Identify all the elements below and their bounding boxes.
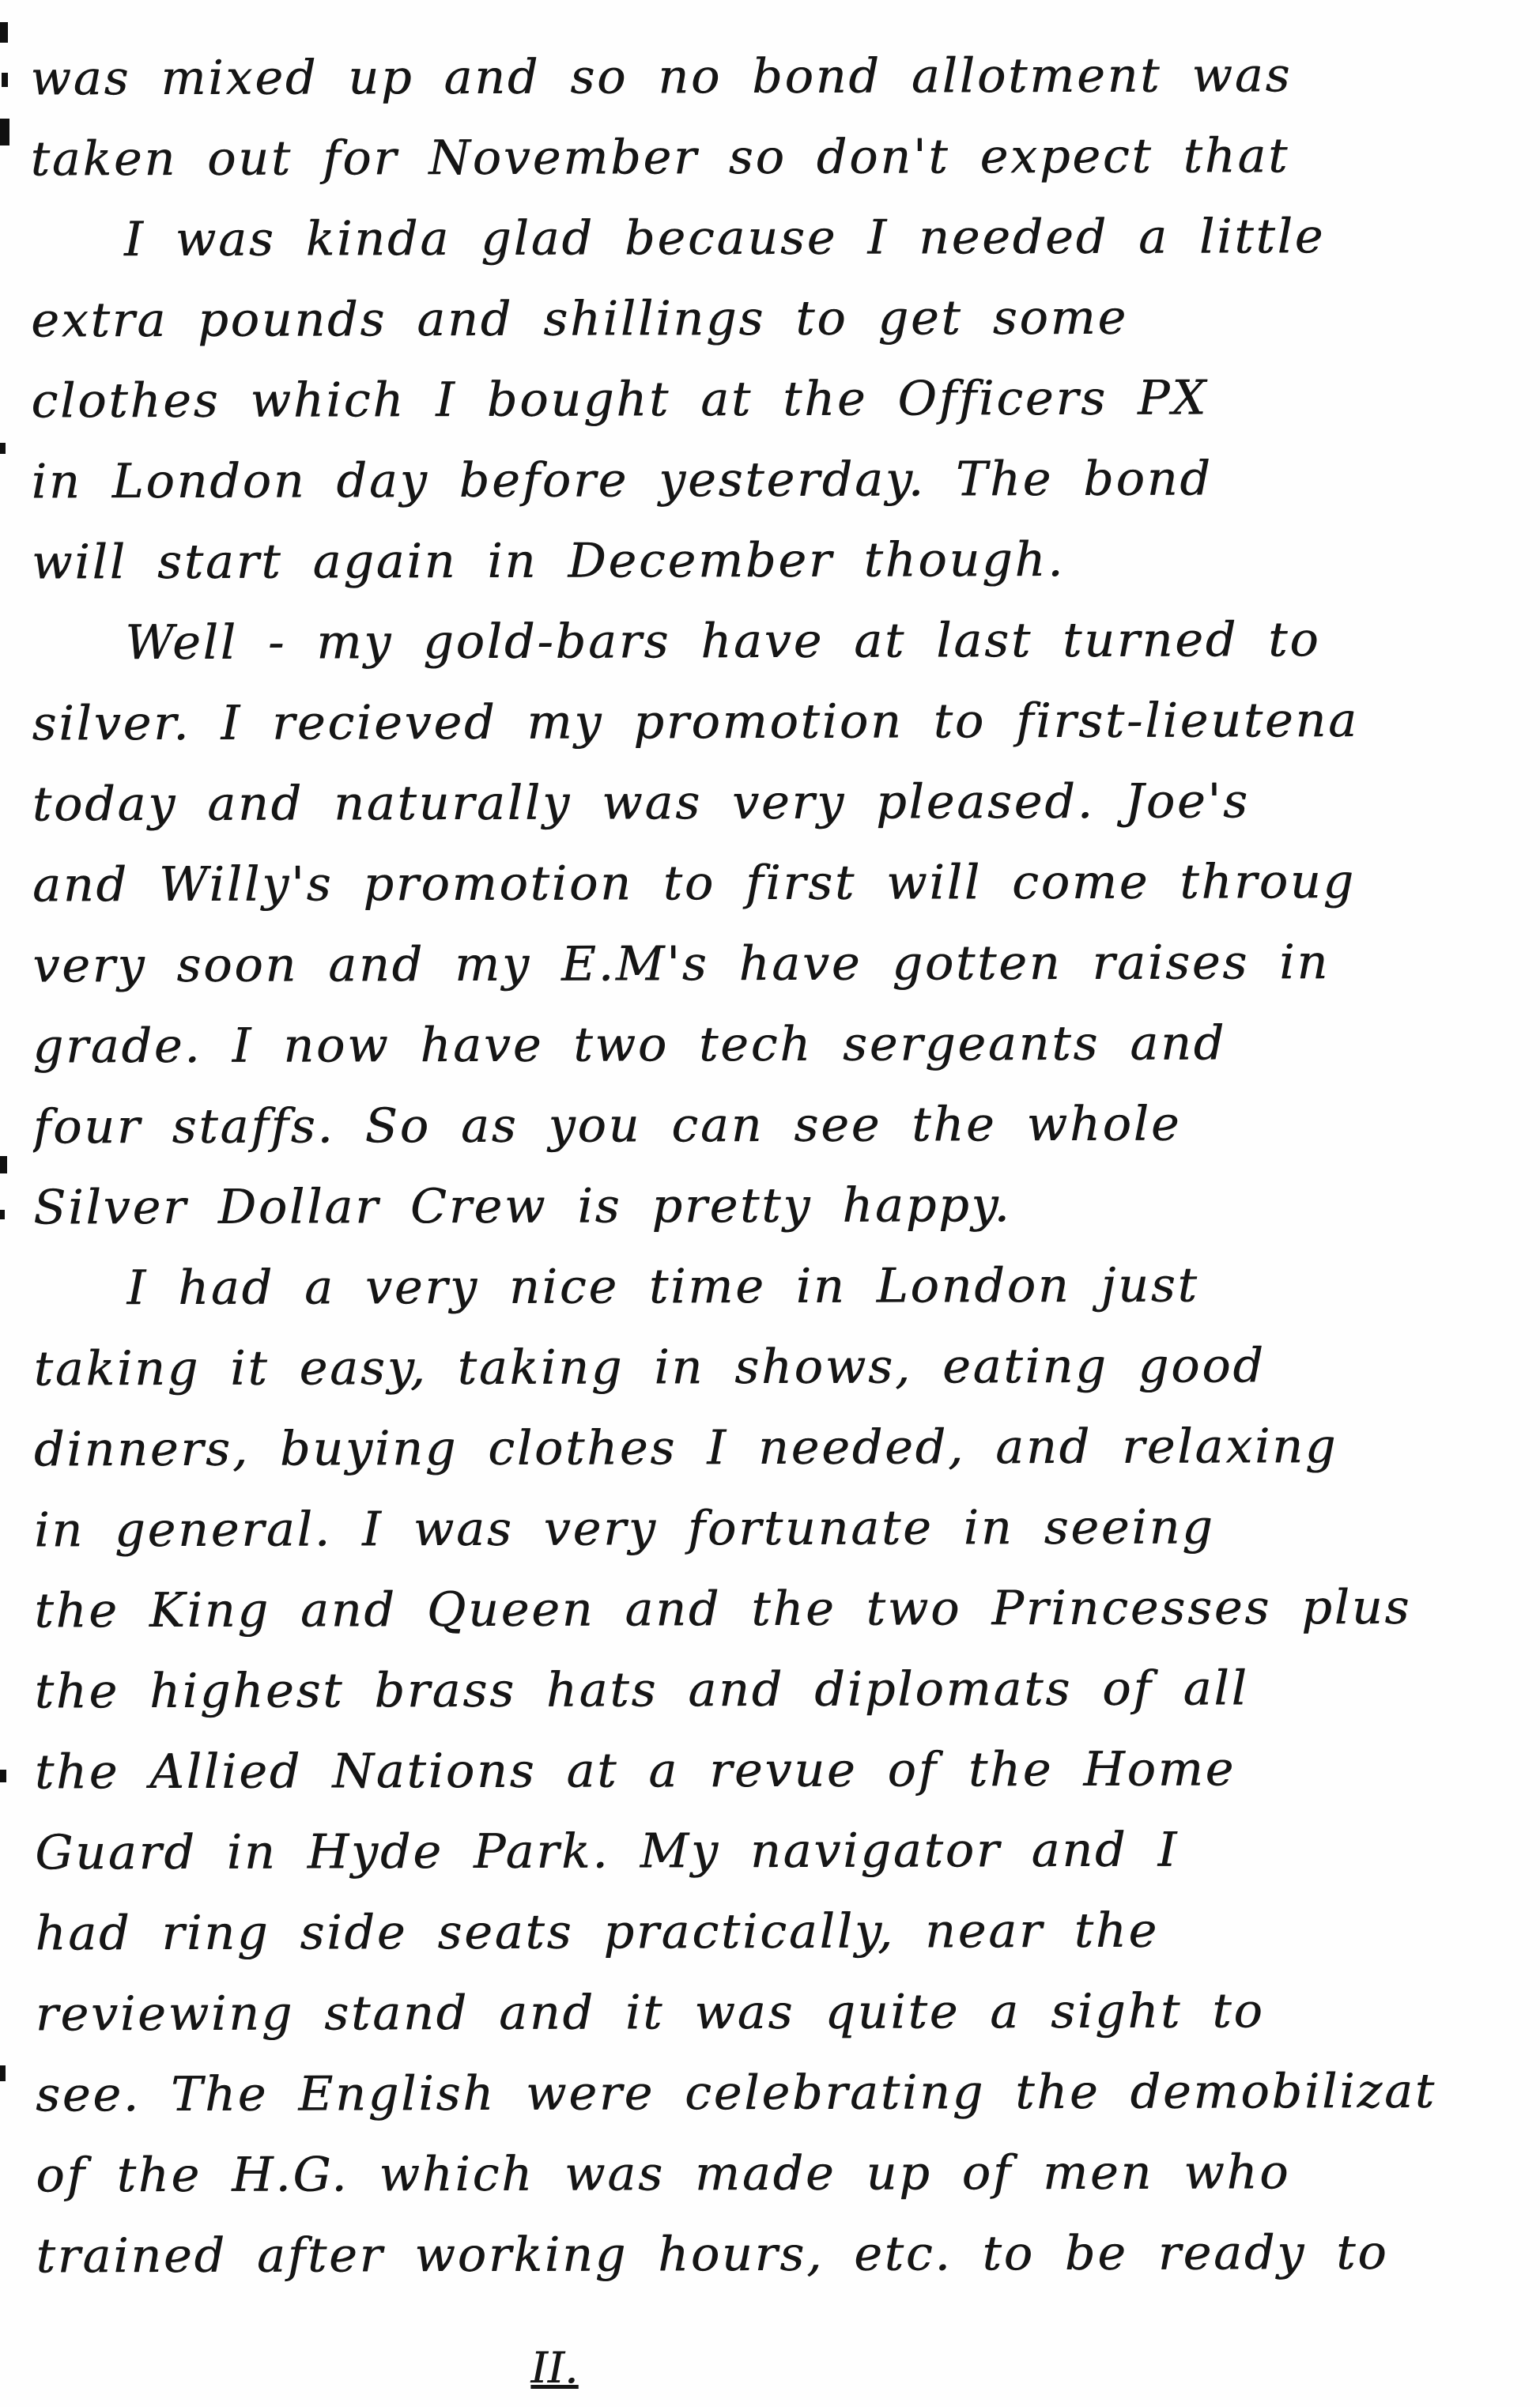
letter-line: the highest brass hats and diplomats of …: [35, 1648, 1518, 1733]
letter-line: Silver Dollar Crew is pretty happy.: [33, 1164, 1516, 1249]
letter-line: silver. I recieved my promotion to first…: [32, 680, 1515, 765]
page-number: II.: [0, 2343, 1109, 2393]
letter-page: was mixed up and so no bond allotment wa…: [0, 0, 1540, 2407]
letter-line: had ring side seats practically, near th…: [35, 1890, 1518, 1974]
letter-line: in London day before yesterday. The bond: [32, 438, 1515, 523]
letter-line: will start again in December though.: [32, 519, 1515, 603]
letter-line: the King and Queen and the two Princesse…: [34, 1567, 1517, 1652]
letter-line: trained after working hours, etc. to be …: [36, 2212, 1519, 2297]
letter-line: clothes which I bought at the Officers P…: [31, 357, 1514, 442]
letter-line: in general. I was very fortunate in seei…: [34, 1487, 1517, 1571]
letter-line: reviewing stand and it was quite a sight…: [36, 1971, 1519, 2055]
letter-line: four staffs. So as you can see the whole: [33, 1083, 1516, 1168]
letter-line: I was kinda glad because I needed a litt…: [31, 196, 1514, 281]
letter-line: taking it easy, taking in shows, eating …: [34, 1325, 1517, 1410]
letter-line: I had a very nice time in London just: [33, 1245, 1516, 1329]
letter-line: see. The English were celebrating the de…: [36, 2051, 1519, 2136]
letter-line: Well - my gold-bars have at last turned …: [32, 599, 1515, 684]
letter-line: dinners, buying clothes I needed, and re…: [34, 1406, 1517, 1491]
letter-line: the Allied Nations at a revue of the Hom…: [35, 1729, 1518, 1813]
letter-line: was mixed up and so no bond allotment wa…: [30, 35, 1513, 119]
letter-line: Guard in Hyde Park. My navigator and I: [35, 1809, 1518, 1894]
letter-line: extra pounds and shillings to get some: [31, 277, 1514, 361]
letter-line: grade. I now have two tech sergeants and: [32, 1003, 1515, 1087]
letter-line: of the H.G. which was made up of men who: [36, 2132, 1519, 2216]
letter-line: and Willy's promotion to first will come…: [32, 841, 1515, 926]
letter-body: was mixed up and so no bond allotment wa…: [0, 34, 1540, 2296]
letter-line: very soon and my E.M's have gotten raise…: [32, 922, 1515, 1007]
letter-line: today and naturally was very pleased. Jo…: [32, 761, 1515, 845]
letter-line: taken out for November so don't expect t…: [31, 115, 1514, 200]
